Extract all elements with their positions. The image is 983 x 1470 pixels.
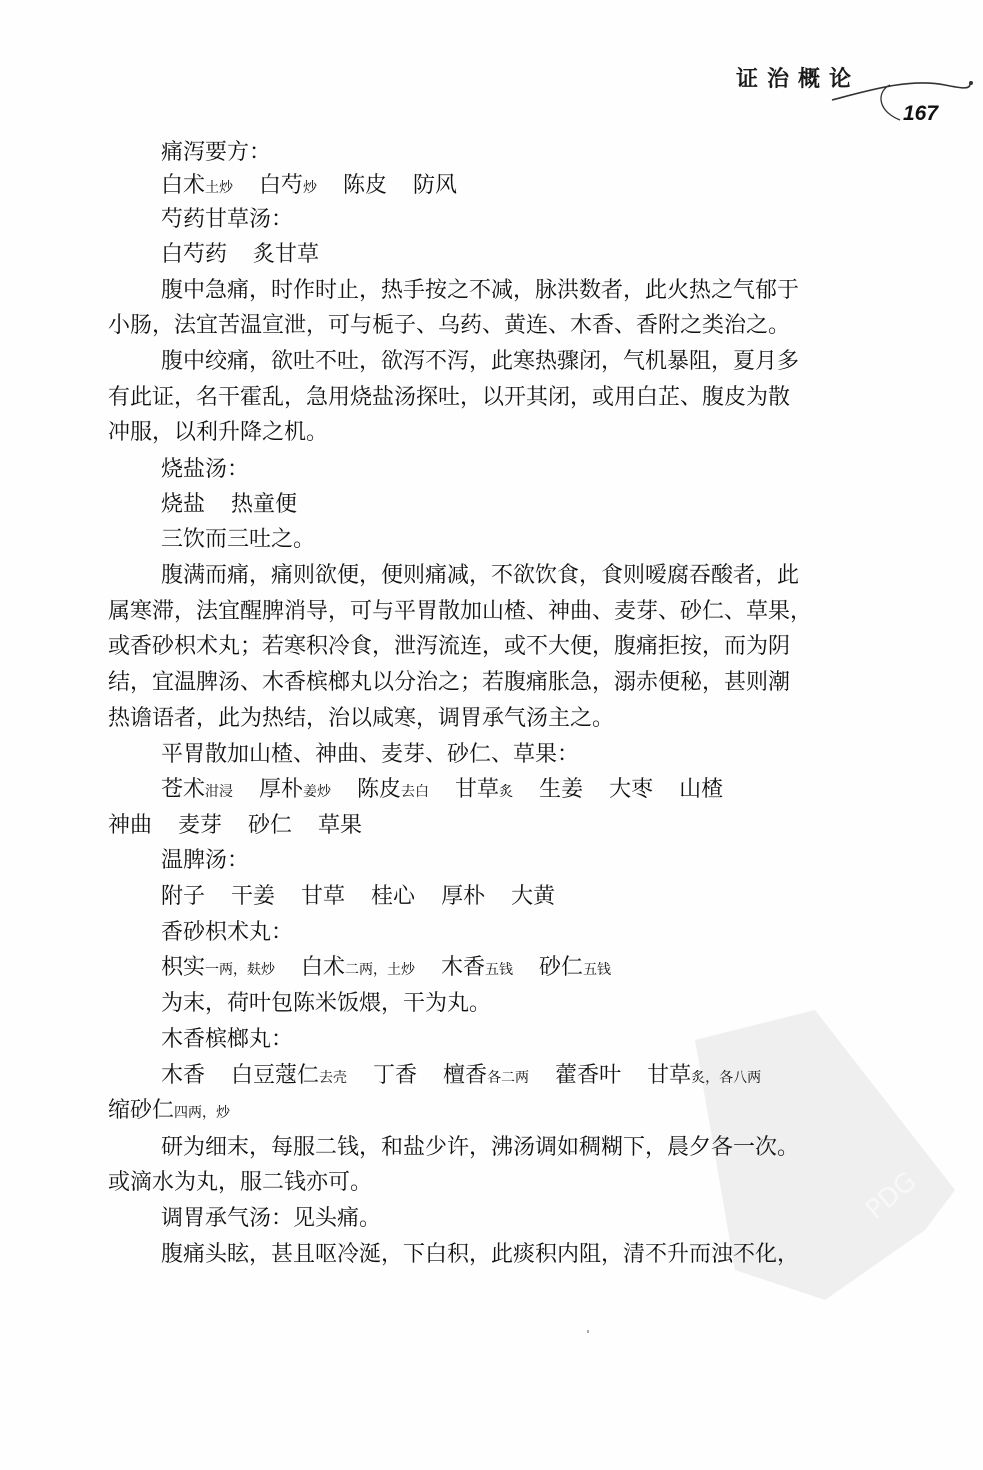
ingredient-note: 去壳: [319, 1070, 347, 1086]
ingredient-note: 一两，麸炒: [205, 962, 275, 978]
ingredient-name: 缩砂仁: [108, 1098, 174, 1123]
text-line: 温脾汤：: [161, 846, 249, 876]
ingredient-name: 白豆蔻仁: [231, 1063, 319, 1088]
ingredient-list: 白术土炒白芍炒陈皮防风: [161, 171, 457, 203]
ingredient-name: 草果: [318, 813, 362, 838]
ingredient-list: 神曲麦芽砂仁草果: [108, 811, 362, 841]
scan-speck: [587, 1330, 589, 1333]
ingredient-name: 山楂: [679, 777, 723, 802]
ingredient-list: 白芍药炙甘草: [161, 240, 319, 270]
text-line: 或滴水为丸，服二钱亦可。: [108, 1168, 372, 1198]
ingredient-list: 苍术泔浸厚朴姜炒陈皮去白甘草炙生姜大枣山楂: [161, 775, 723, 807]
ingredient-note: 二两，土炒: [345, 962, 415, 978]
ingredient-name: 木香: [441, 955, 485, 980]
ingredient-note: 各二两: [487, 1070, 529, 1086]
text-line: 调胃承气汤：见头痛。: [161, 1204, 381, 1234]
ingredient-note: 去白: [401, 784, 429, 800]
ingredient-name: 防风: [413, 173, 457, 198]
ingredient-note: 五钱: [485, 962, 513, 978]
text-line: 平胃散加山楂、神曲、麦芽、砂仁、草果：: [161, 740, 579, 770]
ingredient-note: 炙，各八两: [691, 1070, 761, 1086]
text-line: 有此证，名干霍乱，急用烧盐汤探吐，以开其闭，或用白芷、腹皮为散: [108, 383, 790, 413]
ingredient-note: 土炒: [205, 180, 233, 196]
ingredient-name: 砂仁: [539, 955, 583, 980]
text-line: 腹痛头眩，甚且呕冷涎，下白积，此痰积内阻，清不升而浊不化，: [161, 1240, 799, 1270]
ingredient-name: 大黄: [511, 884, 555, 909]
text-line: 腹满而痛，痛则欲便，便则痛减，不欲饮食，食则嗳腐吞酸者，此: [161, 561, 799, 591]
text-line: 属寒滞，法宜醒脾消导，可与平胃散加山楂、神曲、麦芽、砂仁、草果，: [108, 597, 812, 627]
ingredient-name: 陈皮: [357, 777, 401, 802]
ingredient-name: 热童便: [231, 492, 297, 517]
text-line: 芍药甘草汤：: [161, 205, 293, 235]
text-line: 为末，荷叶包陈米饭煨，干为丸。: [161, 989, 491, 1019]
ingredient-note: 五钱: [583, 962, 611, 978]
ingredient-list: 缩砂仁四两，炒: [108, 1096, 230, 1128]
ingredient-name: 陈皮: [343, 173, 387, 198]
ingredient-list: 烧盐热童便: [161, 490, 297, 520]
text-line: 腹中急痛，时作时止，热手按之不减，脉洪数者，此火热之气郁于: [161, 276, 799, 306]
ingredient-name: 厚朴: [441, 884, 485, 909]
ingredient-note: 炒: [303, 180, 317, 196]
ingredient-name: 生姜: [539, 777, 583, 802]
ingredient-name: 白芍: [259, 173, 303, 198]
ingredient-note: 四两，炒: [174, 1105, 230, 1121]
text-line: 冲服，以利升降之机。: [108, 418, 328, 448]
ingredient-name: 甘草: [647, 1063, 691, 1088]
ingredient-name: 枳实: [161, 955, 205, 980]
ingredient-list: 附子干姜甘草桂心厚朴大黄: [161, 882, 555, 912]
ingredient-name: 神曲: [108, 813, 152, 838]
ingredient-name: 麦芽: [178, 813, 222, 838]
text-line: 结，宜温脾汤、木香槟榔丸以分治之；若腹痛胀急，溺赤便秘，甚则潮: [108, 668, 790, 698]
ingredient-name: 砂仁: [248, 813, 292, 838]
ingredient-name: 木香: [161, 1063, 205, 1088]
ingredient-note: 泔浸: [205, 784, 233, 800]
text-line: 木香槟榔丸：: [161, 1025, 293, 1055]
ingredient-name: 白术: [301, 955, 345, 980]
ingredient-name: 白术: [161, 173, 205, 198]
ingredient-list: 枳实一两，麸炒白术二两，土炒木香五钱砂仁五钱: [161, 953, 611, 985]
ingredient-name: 白芍药: [161, 242, 227, 267]
ingredient-note: 姜炒: [303, 784, 331, 800]
text-line: 三饮而三吐之。: [161, 525, 315, 555]
ingredient-name: 桂心: [371, 884, 415, 909]
ingredient-name: 丁香: [373, 1063, 417, 1088]
ingredient-name: 炙甘草: [253, 242, 319, 267]
ingredient-name: 附子: [161, 884, 205, 909]
ingredient-note: 炙: [499, 784, 513, 800]
text-line: 热谵语者，此为热结，治以咸寒，调胃承气汤主之。: [108, 704, 614, 734]
ingredient-name: 厚朴: [259, 777, 303, 802]
text-line: 或香砂枳术丸；若寒积冷食，泄泻流连，或不大便，腹痛拒按，而为阴: [108, 632, 790, 662]
text-line: 痛泻要方：: [161, 138, 271, 168]
page-number: 167: [903, 102, 938, 126]
ingredient-name: 檀香: [443, 1063, 487, 1088]
ingredient-name: 甘草: [455, 777, 499, 802]
text-line: 香砂枳术丸：: [161, 918, 293, 948]
book-page: 证治概论 167 PDG 痛泻要方：白术土炒白芍炒陈皮防风芍药甘草汤：白芍药炙甘…: [0, 0, 983, 1470]
text-line: 腹中绞痛，欲吐不吐，欲泻不泻，此寒热骤闭，气机暴阻，夏月多: [161, 347, 799, 377]
ingredient-name: 苍术: [161, 777, 205, 802]
ingredient-name: 大枣: [609, 777, 653, 802]
ingredient-name: 甘草: [301, 884, 345, 909]
ingredient-list: 木香白豆蔻仁去壳丁香檀香各二两藿香叶甘草炙，各八两: [161, 1061, 761, 1093]
text-line: 研为细末，每服二钱，和盐少许，沸汤调如稠糊下，晨夕各一次。: [161, 1133, 799, 1163]
ingredient-name: 藿香叶: [555, 1063, 621, 1088]
ingredient-name: 干姜: [231, 884, 275, 909]
text-line: 烧盐汤：: [161, 455, 249, 485]
ingredient-name: 烧盐: [161, 492, 205, 517]
text-line: 小肠，法宜苦温宣泄，可与栀子、乌药、黄连、木香、香附之类治之。: [108, 311, 790, 341]
